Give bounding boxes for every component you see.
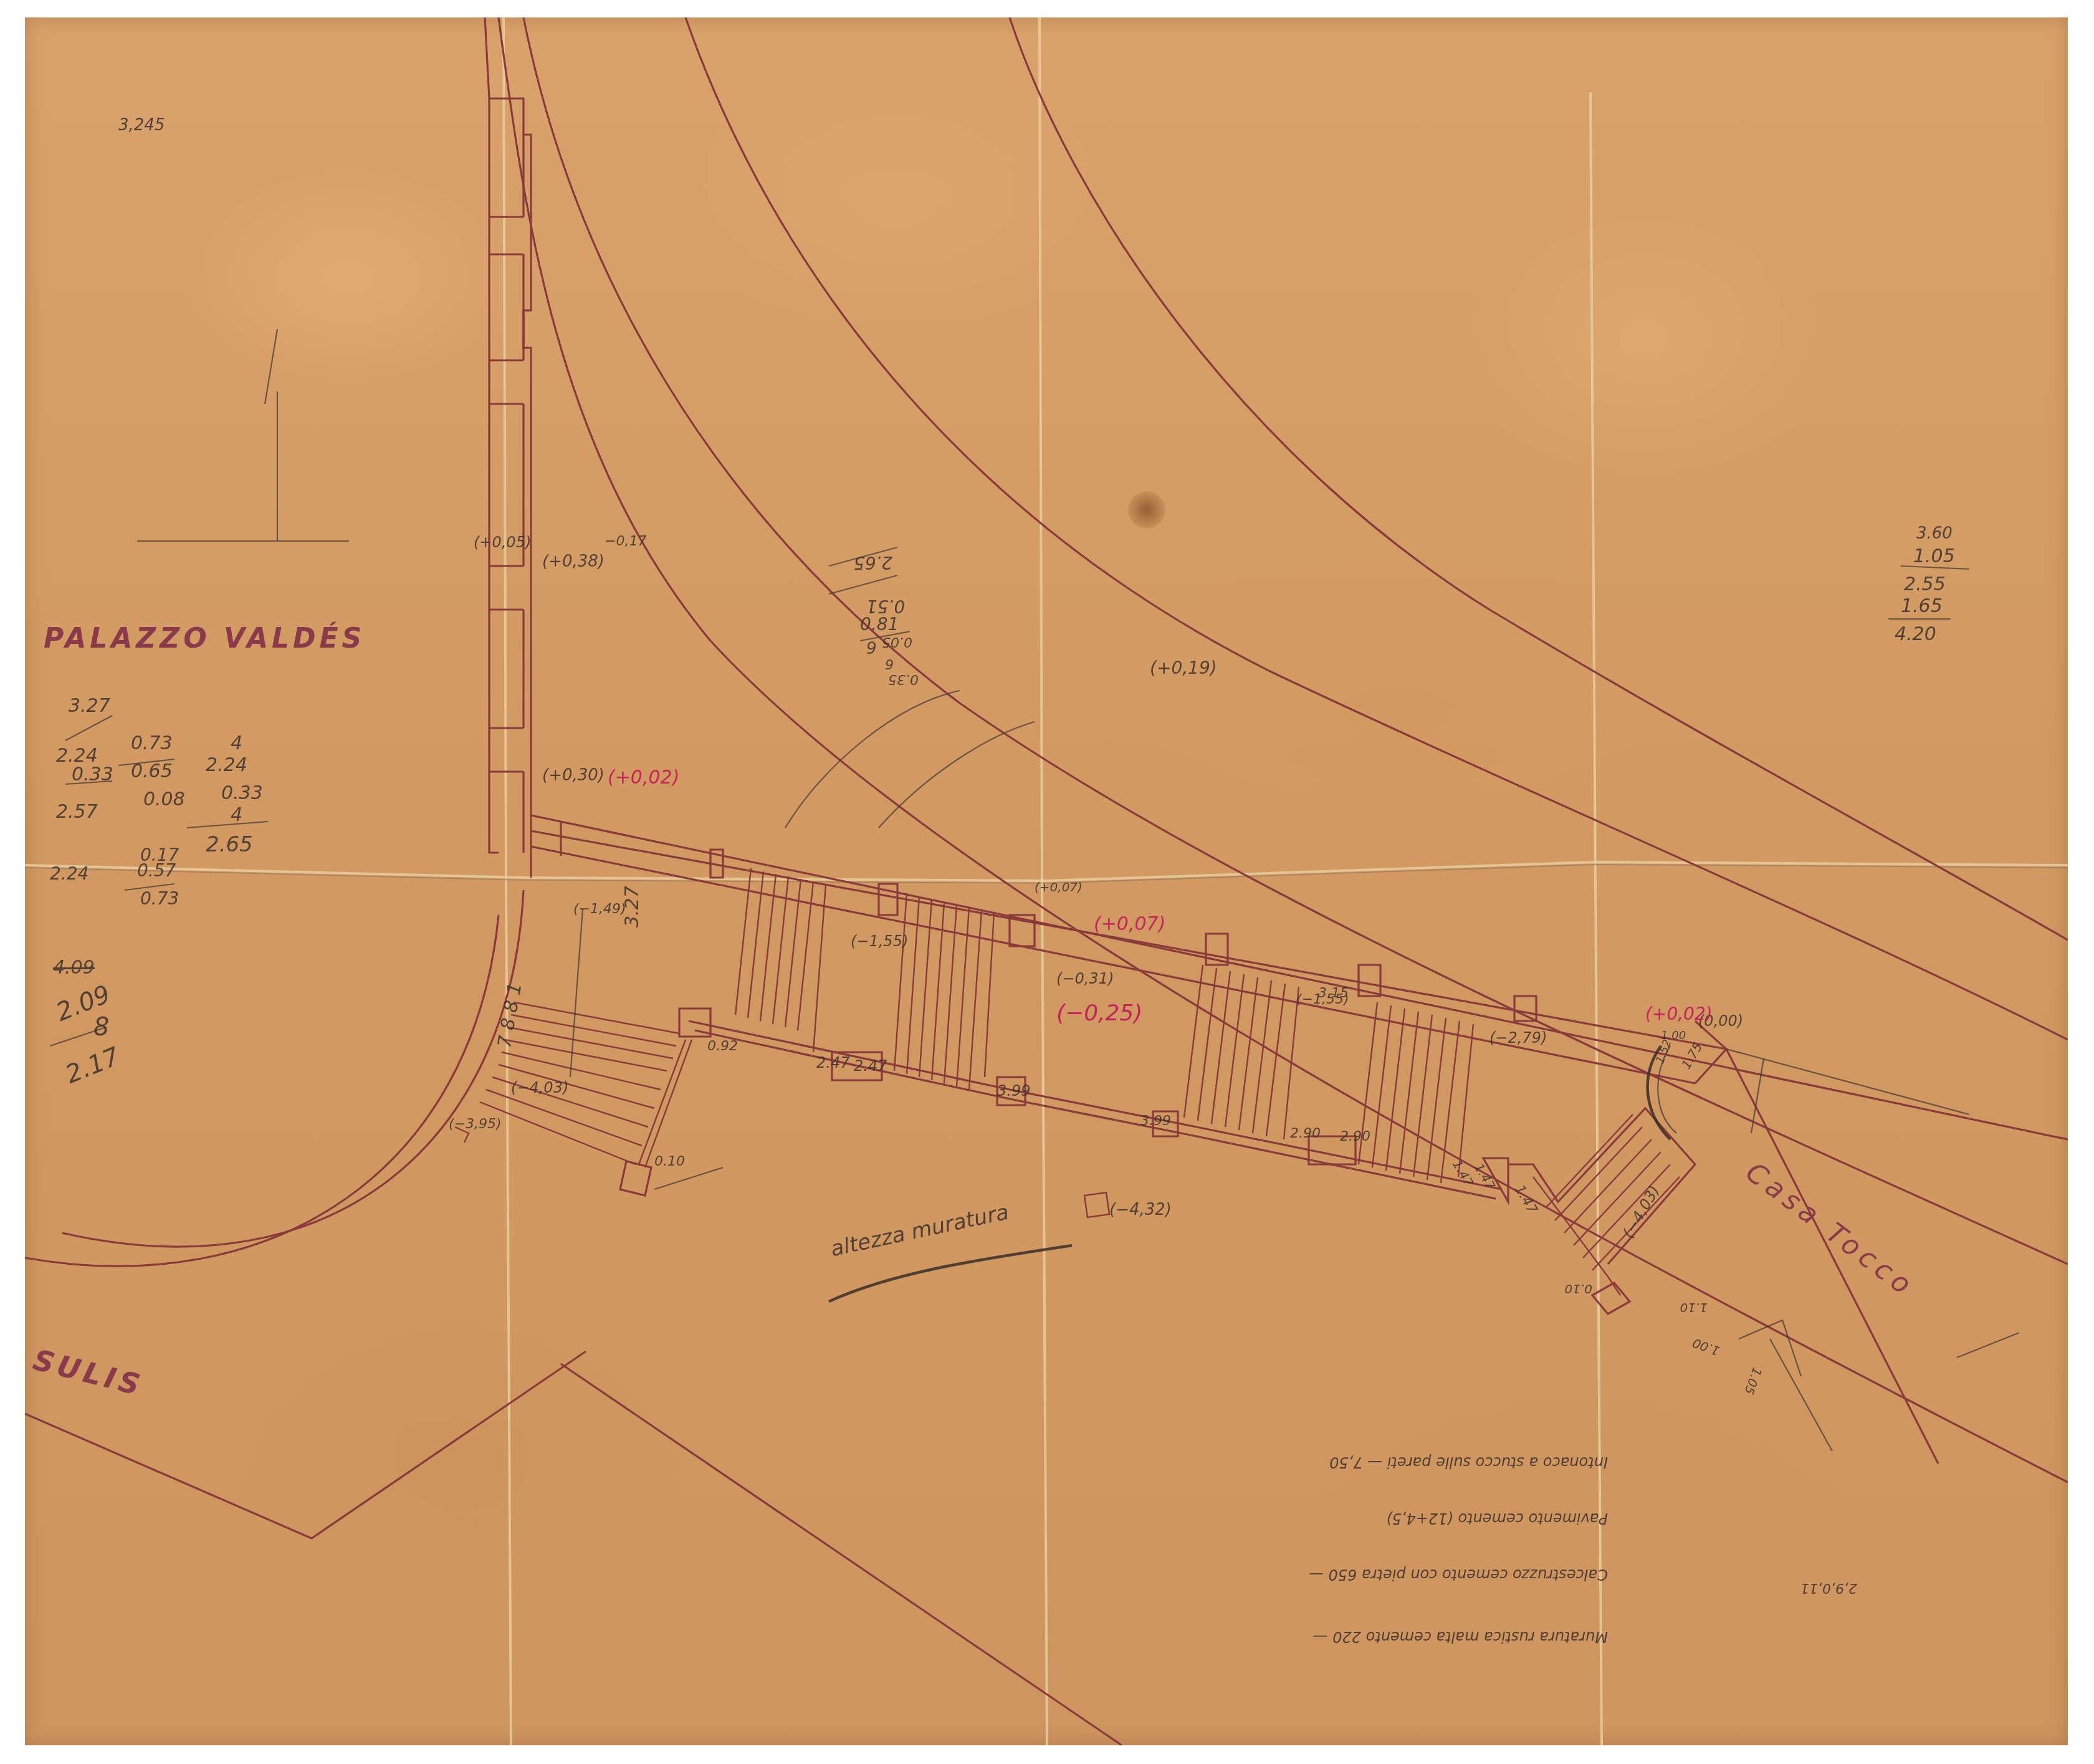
elev-left-stair-foot: (−4,03) <box>511 1080 568 1095</box>
calc-rules <box>50 547 1969 1046</box>
elev-flight-one: (−1,55) <box>851 934 908 949</box>
road-curves <box>499 17 2068 1482</box>
elev-top-left-c: −0,17 <box>605 535 646 549</box>
elev-top-left-b: (+0,38) <box>542 554 605 570</box>
elev-fold-mark: (+0,07) <box>1035 881 1083 893</box>
dim-vertical-left: 3.27 <box>623 886 642 928</box>
street-outline <box>25 1351 1122 1745</box>
note-line-4: Intonaco a stucco sulle pareti — 7,50 <box>1329 1455 1608 1470</box>
note-line-1: Muratura rustica malta cemento 220 — <box>1313 1629 1608 1644</box>
elev-center-upper: (−0,31) <box>1056 971 1114 986</box>
elev-road: (+0,19) <box>1150 659 1217 677</box>
red-elev-center: (−0,25) <box>1056 1002 1142 1025</box>
pillar-box <box>1084 1192 1109 1217</box>
elev-stair-head: (+0,30) <box>542 767 605 784</box>
calc-top-left: 3,245 <box>118 117 165 133</box>
note-line-3: Pavimento cemento (12+4,5) <box>1386 1511 1608 1526</box>
palazzo-valdes-label: PALAZZO VALDÉS <box>44 625 365 653</box>
note-side-number: 2,9,0,11 <box>1800 1581 1857 1594</box>
red-elev-mid-wall: (+0,07) <box>1094 915 1165 934</box>
note-line-2: Calcestruzzo cemento con pietra 650 — <box>1309 1567 1608 1582</box>
elev-pillar-box: (−4,32) <box>1109 1202 1172 1218</box>
stain <box>1128 491 1165 529</box>
palazzo-facade <box>485 17 531 878</box>
stair-terrace <box>480 815 2068 1464</box>
elev-right-landing: (−2,79) <box>1489 1030 1547 1045</box>
elev-top-left-a: (+0,05) <box>474 535 531 550</box>
elev-landing-left: (−1,49) <box>573 903 626 916</box>
site-plan-sheet: 3,245 PALAZZO VALDÉS Casa Tocco SULIS al… <box>25 17 2068 1745</box>
flight-one-treads <box>735 868 994 1090</box>
red-elev-right-end: (+0,02) <box>1645 1005 1713 1023</box>
red-elev-stair-head: (+0,02) <box>608 769 679 787</box>
dim-top-right-wall: 3.15 <box>1318 987 1349 1000</box>
elev-curve-foot: (−3,95) <box>449 1118 502 1131</box>
